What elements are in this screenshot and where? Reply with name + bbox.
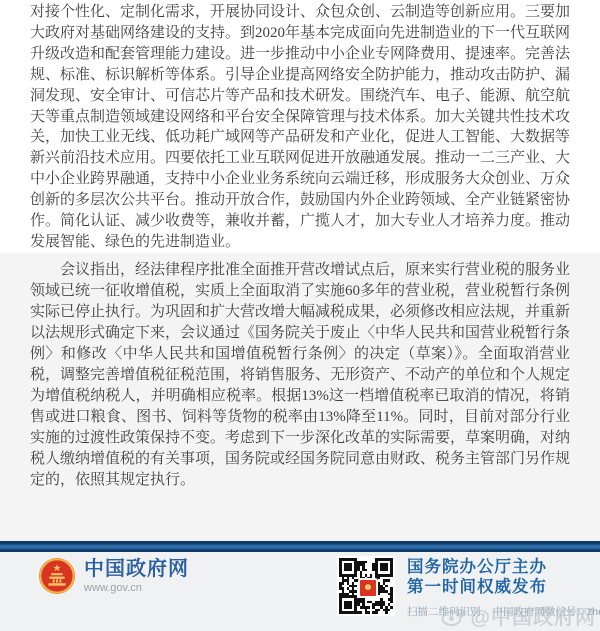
article-paragraph-1: 对接个性化、定制化需求，开展协同设计、众包众创、云制造等创新应用。三要加大政府对… — [30, 2, 570, 253]
national-emblem-icon — [38, 557, 76, 595]
host-line-2: 第一时间权威发布 — [407, 578, 600, 598]
footer: 中国政府网 www.gov.cn 国务院办公厅主办 第一时间权威发布 扫描二维码… — [0, 552, 600, 631]
article-section-white: 对接个性化、定制化需求，开展协同设计、众包众创、云制造等创新应用。三要加大政府对… — [0, 0, 600, 253]
article-section-gray: 会议指出，经法律程序批准全面推开营改增试点后，原来实行营业税的服务业领域已统一征… — [0, 253, 600, 541]
site-name: 中国政府网 — [84, 558, 189, 580]
host-line-1: 国务院办公厅主办 — [407, 558, 600, 578]
gov-site-logo[interactable]: 中国政府网 www.gov.cn — [38, 557, 189, 595]
scan-hint: 扫描二维码识别 — [407, 606, 481, 618]
qr-hint-line: 扫描二维码识别中国政府网微信号：zhengfu — [407, 604, 600, 619]
wechat-hint: 中国政府网微信号：zhengfu — [493, 606, 600, 618]
qr-center-emblem-icon — [358, 578, 378, 598]
site-url[interactable]: www.gov.cn — [84, 581, 189, 595]
qr-code — [337, 556, 395, 616]
footer-right-block: 国务院办公厅主办 第一时间权威发布 扫描二维码识别中国政府网微信号：zhengf… — [337, 556, 600, 619]
article-paragraph-2: 会议指出，经法律程序批准全面推开营改增试点后，原来实行营业税的服务业领域已统一征… — [30, 260, 570, 491]
footer-divider-bar — [0, 541, 600, 552]
